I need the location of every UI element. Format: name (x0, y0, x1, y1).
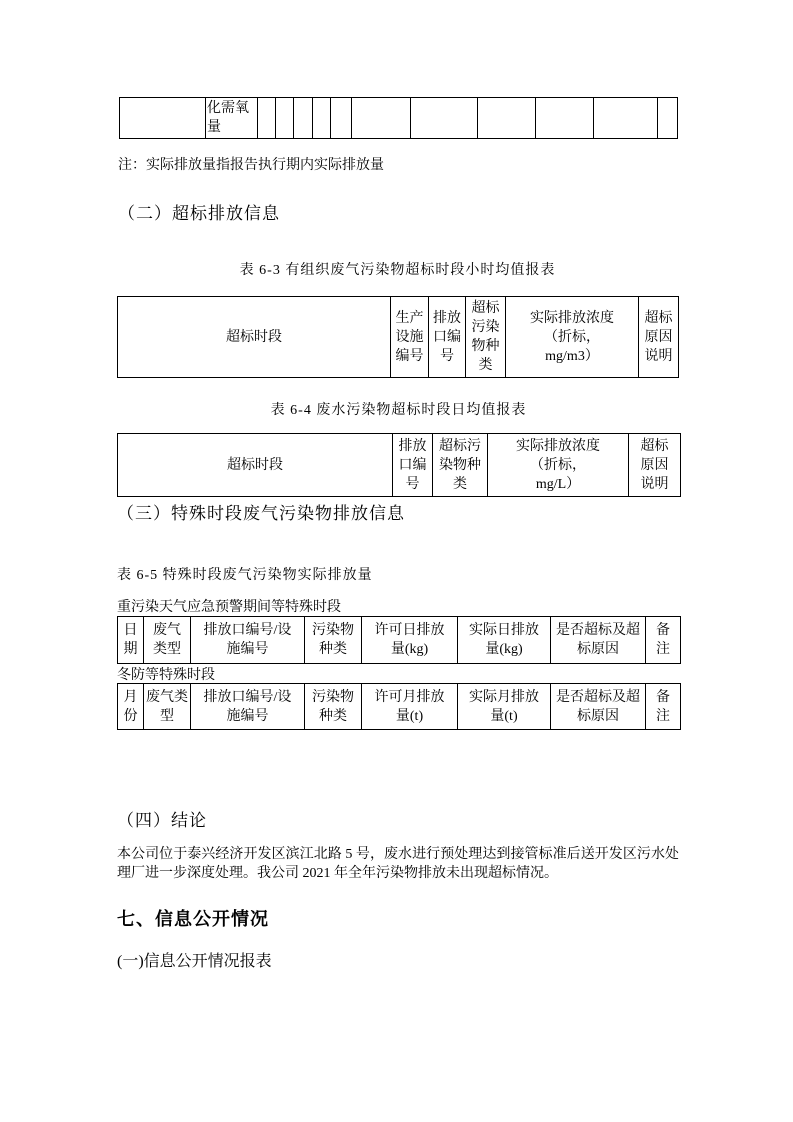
table-cell (411, 98, 478, 139)
table-row: 化需氧 量 (120, 98, 678, 139)
header-cell-facility-id: 生产 设施 编号 (391, 297, 429, 378)
table-cell (294, 98, 313, 139)
header-cell-exceedance-and-reason: 是否超标及超 标原因 (551, 684, 646, 730)
header-cell-exceedance-reason: 超标 原因 说明 (639, 297, 679, 378)
table-6-3: 超标时段 生产 设施 编号 排放 口编 号 超标 污染 物种 类 实际排放浓度 … (117, 296, 679, 378)
header-cell-month: 月 份 (118, 684, 144, 730)
header-cell-actual-monthly-emission: 实际月排放 量(t) (458, 684, 551, 730)
header-cell-gas-type: 废气类 型 (144, 684, 191, 730)
header-cell-pollutant-type: 超标 污染 物种 类 (466, 297, 506, 378)
table-6-5-daily: 日 期 废气 类型 排放口编号/设 施编号 污染物 种类 许可日排放 量(kg)… (117, 616, 681, 664)
table-6-3-caption: 表 6-3 有组织废气污染物超标时段小时均值报表 (117, 259, 678, 279)
header-cell-remarks: 备 注 (646, 617, 681, 664)
header-cell-gas-type: 废气 类型 (144, 617, 191, 664)
table-6-4-caption: 表 6-4 废水污染物超标时段日均值报表 (117, 399, 680, 419)
table-cell (258, 98, 276, 139)
top-continuation-table: 化需氧 量 (119, 97, 678, 139)
header-cell-date: 日 期 (118, 617, 144, 664)
table-header-row: 超标时段 排放 口编 号 超标污 染物种 类 实际排放浓度 （折标， mg/L）… (118, 434, 681, 497)
header-cell-outlet-id: 排放 口编 号 (429, 297, 466, 378)
header-cell-permitted-daily-emission: 许可日排放 量(kg) (362, 617, 458, 664)
section-3-heading: （三）特殊时段废气污染物排放信息 (117, 499, 679, 524)
table-6-5-caption: 表 6-5 特殊时段废气污染物实际排放量 (117, 564, 679, 584)
document-page: 化需氧 量 注：实际排放量指报告执行期内实际排放量 （二）超标排放信息 表 6-… (0, 0, 793, 1122)
header-cell-time-period: 超标时段 (118, 434, 393, 497)
header-cell-permitted-monthly-emission: 许可月排放 量(t) (362, 684, 458, 730)
table-cell (658, 98, 678, 139)
section-4-heading: （四）结论 (117, 806, 679, 831)
table-header-row: 月 份 废气类 型 排放口编号/设 施编号 污染物 种类 许可月排放 量(t) … (118, 684, 681, 730)
header-cell-pollutant-type: 污染物 种类 (305, 684, 362, 730)
note-text: 注：实际排放量指报告执行期内实际排放量 (118, 156, 680, 175)
header-cell-outlet-facility-id: 排放口编号/设 施编号 (191, 684, 305, 730)
table-header-row: 日 期 废气 类型 排放口编号/设 施编号 污染物 种类 许可日排放 量(kg)… (118, 617, 681, 664)
table-6-4: 超标时段 排放 口编 号 超标污 染物种 类 实际排放浓度 （折标， mg/L）… (117, 433, 681, 497)
section-7-sub-heading: (一)信息公开情况报表 (117, 948, 679, 971)
section-2-heading: （二）超标排放信息 (118, 199, 680, 224)
conclusion-paragraph: 本公司位于泰兴经济开发区滨江北路 5 号，废水进行预处理达到接管标准后送开发区污… (117, 845, 679, 883)
header-cell-outlet-facility-id: 排放口编号/设 施编号 (191, 617, 305, 664)
section-7-heading: 七、信息公开情况 (117, 905, 679, 931)
table-cell-pollutant: 化需氧 量 (206, 98, 258, 139)
table-cell (352, 98, 411, 139)
table-cell (120, 98, 206, 139)
header-cell-actual-daily-emission: 实际日排放 量(kg) (458, 617, 551, 664)
header-cell-exceedance-and-reason: 是否超标及超 标原因 (551, 617, 646, 664)
table-cell (276, 98, 294, 139)
table-cell (313, 98, 331, 139)
table-header-row: 超标时段 生产 设施 编号 排放 口编 号 超标 污染 物种 类 实际排放浓度 … (118, 297, 679, 378)
header-cell-actual-concentration: 实际排放浓度 （折标， mg/L） (488, 434, 629, 497)
header-cell-pollutant-type: 污染物 种类 (305, 617, 362, 664)
header-cell-time-period: 超标时段 (118, 297, 391, 378)
table-cell (594, 98, 658, 139)
header-cell-exceedance-reason: 超标 原因 说明 (629, 434, 681, 497)
header-cell-pollutant-type: 超标污 染物种 类 (433, 434, 488, 497)
table-6-5-monthly: 月 份 废气类 型 排放口编号/设 施编号 污染物 种类 许可月排放 量(t) … (117, 683, 681, 730)
table-cell (536, 98, 594, 139)
table-cell (478, 98, 536, 139)
table-cell (331, 98, 352, 139)
header-cell-actual-concentration: 实际排放浓度 （折标， mg/m3） (506, 297, 639, 378)
heavy-pollution-period-label: 重污染天气应急预警期间等特殊时段 (117, 598, 679, 617)
header-cell-remarks: 备 注 (646, 684, 681, 730)
header-cell-outlet-id: 排放 口编 号 (393, 434, 433, 497)
